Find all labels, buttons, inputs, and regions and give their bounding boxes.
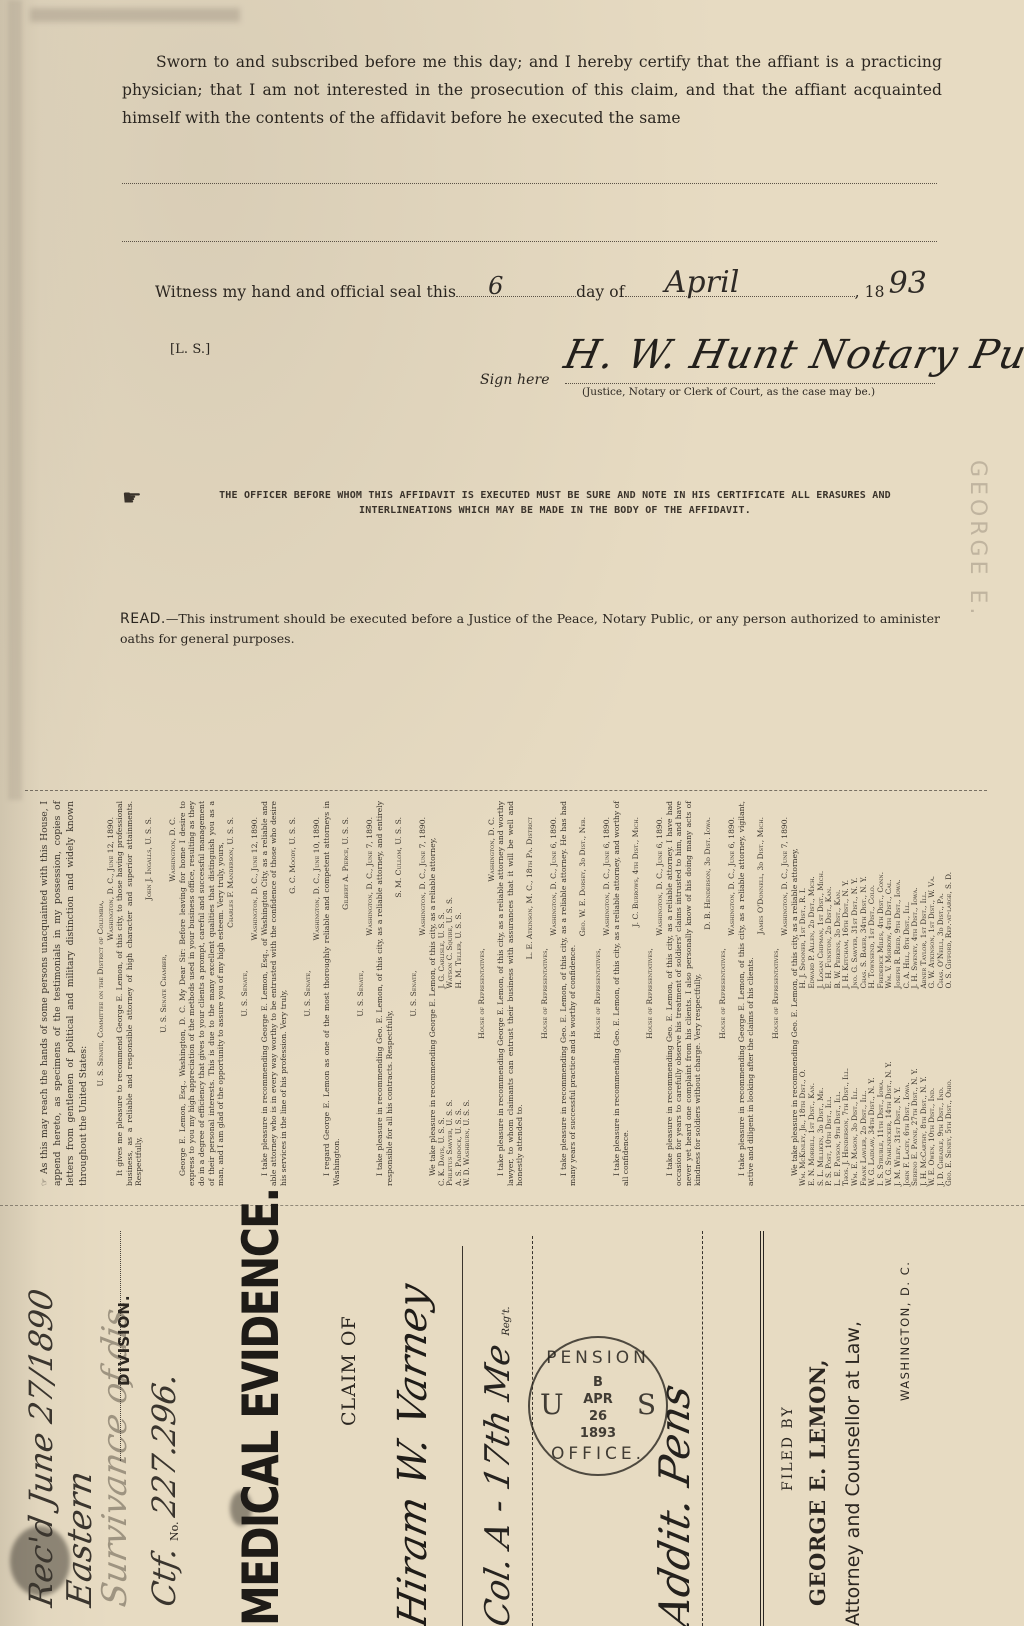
- testimonial-letter: House of Representatives,Washington, D. …: [477, 801, 535, 1186]
- claimant-name: Hiram W. Varney: [390, 1280, 436, 1626]
- signatory: Geo. E. Seney, 5th Dist., Ohio.: [945, 999, 954, 1187]
- letter-body: I take pleasure in recommending Geo. E. …: [559, 801, 578, 1186]
- letter-place-date: Washington, D. C.: [168, 801, 178, 1186]
- read-text: —This instrument should be executed befo…: [120, 611, 940, 646]
- claim-of-label: CLAIM OF: [338, 1315, 360, 1426]
- signatory: O. S. Gifford, Rep.-at-large, S. D.: [945, 801, 954, 989]
- letter-place-date: Washington, D. C., June 7, 1890.: [418, 801, 428, 1186]
- letter-signature: L. E. Atkinson, M. C., 18th Pa. District: [525, 801, 535, 1186]
- year-value: 93: [889, 269, 927, 299]
- letter-place-date: Washington, D. C., June 6, 1890.: [655, 801, 665, 1186]
- attorney-location: WASHINGTON, D. C.: [898, 1261, 912, 1401]
- bleed-through-text: GEORGE E.: [960, 460, 990, 700]
- testimonials-intro: ☞ As this may reach the hands of some pe…: [38, 801, 90, 1186]
- testimonial-letter: U. S. Senate, Committee on the District …: [96, 801, 154, 1186]
- form-title: MEDICAL EVIDENCE.: [232, 1189, 290, 1626]
- certificate-prefix: Ctf.: [145, 1544, 183, 1609]
- testimonials-column: ☞ As this may reach the hands of some pe…: [38, 801, 1008, 1186]
- testimonial-letter: U. S. Senate Chamber,Washington, D. C.Ge…: [159, 801, 236, 1186]
- letter-signature: Geo. W. E. Dorsey, 3d Dist., Neb.: [578, 801, 588, 1186]
- letter-heading: House of Representatives,: [718, 801, 728, 1186]
- year-field[interactable]: 93: [885, 279, 945, 297]
- letter-place-date: Washington, D. C., June 12, 1890.: [250, 801, 260, 1186]
- letter-body: I take pleasure in recommending Geo. E. …: [665, 801, 703, 1186]
- letter-place-date: Washington, D. C., June 7, 1890.: [780, 801, 790, 1186]
- letter-place-date: Washington, D. C., June 10, 1890.: [312, 801, 322, 1186]
- attorney-title: Attorney and Counsellor at Law,: [842, 1321, 864, 1626]
- sign-here-label: Sign here: [480, 366, 550, 394]
- letter-heading: House of Representatives,: [645, 801, 655, 1186]
- additional-pension-note: Addit. Pens: [650, 1380, 699, 1626]
- letter-body: I take pleasure in recommending Geo. E. …: [612, 801, 631, 1186]
- testimonial-letter: U. S. Senate,Washington, D. C., June 10,…: [303, 801, 351, 1186]
- letter-signature: S. M. Cullom, U. S. S.: [394, 801, 404, 1186]
- letter-signature: Charles F. Manderson, U. S. S.: [226, 801, 236, 1186]
- month-field[interactable]: April: [625, 279, 855, 297]
- division-value: Eastern: [60, 1468, 100, 1610]
- letter-body: I take pleasure in recommending George E…: [496, 801, 525, 1186]
- letter-heading: U. S. Senate, Committee on the District …: [96, 801, 106, 1186]
- letter-signature: J. C. Burrows, 4th Dist., Mich.: [631, 801, 641, 1186]
- received-date: Rec'd June 27/1890: [22, 1286, 60, 1609]
- testimonial-letter: House of Representatives,Washington, D. …: [718, 801, 766, 1186]
- letter-body: It gives me pleasure to recommend George…: [115, 801, 144, 1186]
- testimonial-letter: U. S. Senate,Washington, D. C., June 7, …: [409, 801, 472, 1186]
- number-label: No.: [168, 1521, 181, 1541]
- fold-line: [25, 790, 987, 791]
- signatory: H. M. Teller, U. S. S.: [455, 801, 464, 989]
- letter-heading: U. S. Senate Chamber,: [159, 801, 169, 1186]
- letter-signature: G. C. Moody, U. S. S.: [288, 801, 298, 1186]
- page-edge-shadow: [8, 0, 22, 800]
- letter-body: George E. Lemon, Esq., Washington, D. C.…: [178, 801, 226, 1186]
- certification-text: Sworn to and subscribed before me this d…: [122, 48, 942, 132]
- letter-heading: House of Representatives,: [771, 801, 781, 1186]
- letter-place-date: Washington, D. C., June 6, 1890.: [727, 801, 737, 1186]
- letter-heading: U. S. Senate,: [409, 801, 419, 1186]
- year-prefix: , 18: [855, 283, 885, 301]
- certification-paragraph: Sworn to and subscribed before me this d…: [122, 48, 942, 132]
- additional-line: [702, 1231, 703, 1626]
- notary-signature[interactable]: H. W. Hunt Notary Publ: [560, 332, 1024, 378]
- pension-office-stamp: PENSION U S B APR 26 1893 OFFICE.: [528, 1336, 668, 1476]
- letter-signature: Gilbert A. Pierce, U. S. S.: [341, 801, 351, 1186]
- letter-place-date: Washington, D. C., June 6, 1890.: [549, 801, 559, 1186]
- witness-line: Witness my hand and official seal this6d…: [155, 278, 945, 306]
- read-label: READ.: [120, 611, 166, 627]
- erasures-notice: THE OFFICER BEFORE WHOM THIS AFFIDAVIT I…: [170, 488, 940, 518]
- letter-heading: U. S. Senate,: [240, 801, 250, 1186]
- letter-place-date: Washington, D. C.: [487, 801, 497, 1186]
- pointing-hand-icon: ☛: [122, 488, 142, 510]
- letter-heading: U. S. Senate,: [356, 801, 366, 1186]
- letter-body: I take pleasure in recommending Geo. E. …: [375, 801, 394, 1186]
- testimonial-letter: House of Representatives,Washington, D. …: [540, 801, 588, 1186]
- letter-signature: John J. Ingalls, U. S. S.: [144, 801, 154, 1186]
- letter-body: I regard George E. Lemon as one of the m…: [322, 801, 341, 1186]
- letter-place-date: Washington, D. C., June 12, 1890.: [106, 801, 116, 1186]
- testimonial-letter: House of Representatives,Washington, D. …: [593, 801, 641, 1186]
- letter-place-date: Washington, D. C., June 6, 1890.: [602, 801, 612, 1186]
- letter-heading: U. S. Senate,: [303, 801, 313, 1186]
- day-of-label: day of: [576, 283, 625, 301]
- claimant-line: [462, 1246, 463, 1626]
- letter-signature: James O'Donnell, 3d Dist., Mich.: [756, 801, 766, 1186]
- month-value: April: [665, 268, 740, 298]
- letter-body: I take pleasure in recommending George E…: [737, 801, 756, 1186]
- regiment-label: Reg't.: [501, 1305, 512, 1337]
- rotated-cover-section: ☞ As this may reach the hands of some pe…: [0, 800, 1024, 1626]
- letter-heading: House of Representatives,: [477, 801, 487, 1186]
- certificate-number: 227.296.: [145, 1370, 183, 1519]
- signature-line: [565, 383, 935, 384]
- seal-label: [L. S.]: [170, 336, 210, 364]
- testimonial-letter: U. S. Senate,Washington, D. C., June 7, …: [356, 801, 404, 1186]
- division-label: DIVISION.: [115, 1294, 133, 1386]
- read-instructions: READ.—This instrument should be executed…: [120, 609, 940, 649]
- filed-by-label: FILED BY: [780, 1405, 796, 1491]
- signatory: W. D. Washburn, U. S. S.: [463, 999, 472, 1187]
- letter-heading: House of Representatives,: [593, 801, 603, 1186]
- double-rule: [760, 1231, 764, 1626]
- blank-line-2: [122, 241, 937, 242]
- attorney-name: GEORGE E. LEMON,: [805, 1359, 830, 1606]
- signatory-list: C. K. Davis, U. S. S.Philetus Sawyer, U.…: [438, 801, 472, 1186]
- cover-panel: Rec'd June 27/1890 Survivance of dis. Ea…: [0, 1196, 1024, 1626]
- signature-caption: (Justice, Notary or Clerk of Court, as t…: [582, 386, 875, 398]
- blank-line-1: [122, 183, 937, 184]
- letter-heading: House of Representatives,: [540, 801, 550, 1186]
- day-value: 6: [488, 274, 503, 298]
- letter-body: I take pleasure in recommending George E…: [260, 801, 289, 1186]
- signatory-list: Wm. McKinley, Jr., 18th Dist., O.E. N. M…: [799, 801, 954, 1186]
- day-field[interactable]: 6: [456, 279, 576, 297]
- letter-place-date: Washington, D. C., June 7, 1890.: [365, 801, 375, 1186]
- letter-signature: D. B. Henderson, 3d Dist. Iowa.: [703, 801, 713, 1186]
- witness-prefix: Witness my hand and official seal this: [155, 283, 456, 301]
- regiment-value: Col. A - 17th Me Reg't.: [478, 1300, 518, 1626]
- smudge: [30, 8, 240, 22]
- testimonial-letter: House of Representatives,Washington, D. …: [645, 801, 712, 1186]
- testimonial-letter: U. S. Senate,Washington, D. C., June 12,…: [240, 801, 298, 1186]
- testimonial-letter: House of Representatives,Washington, D. …: [771, 801, 954, 1186]
- testimonial-letters: U. S. Senate, Committee on the District …: [96, 801, 954, 1186]
